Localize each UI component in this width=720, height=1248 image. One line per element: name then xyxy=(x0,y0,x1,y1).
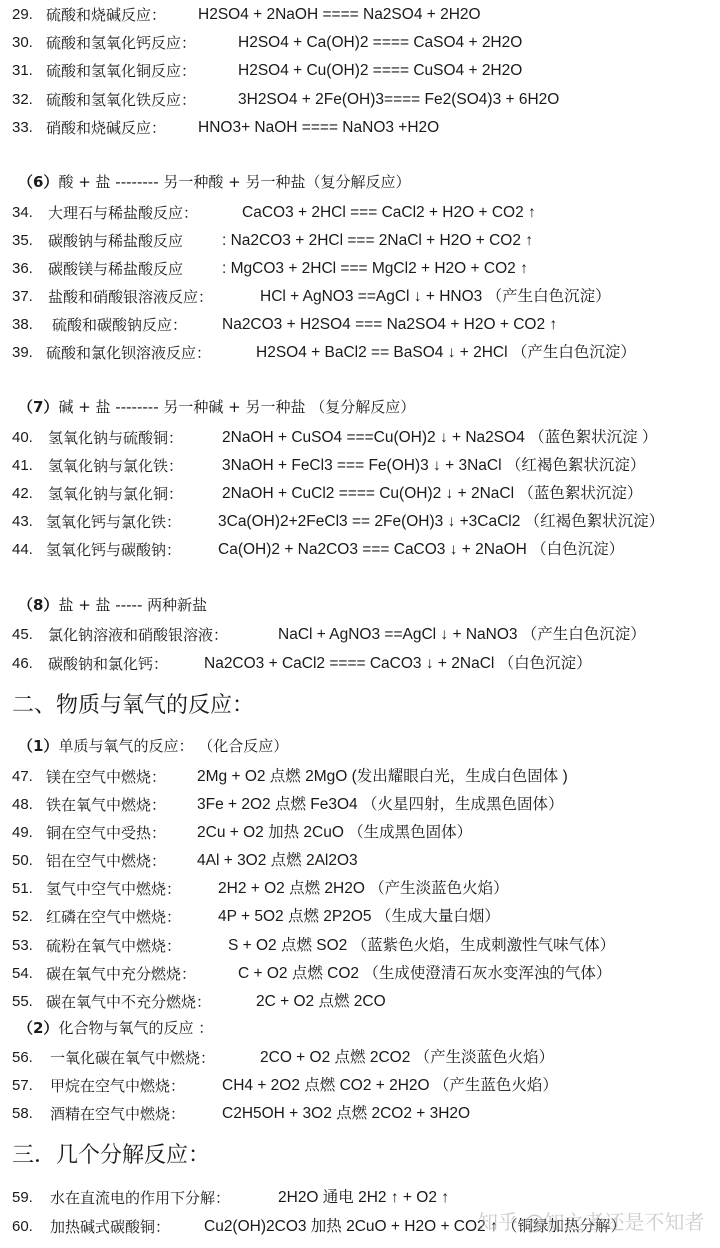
reaction-number: 33. xyxy=(12,118,33,138)
reaction-equation: H2SO4 + Ca(OH)2 ==== CaSO4 + 2H2O xyxy=(238,33,522,53)
reaction-number: 35. xyxy=(12,231,33,251)
reaction-equation: C2H5OH + 3O2 点燃 2CO2 + 3H2O xyxy=(222,1104,470,1124)
reaction-name: 氢氧化钠与氯化铜： xyxy=(48,484,183,504)
reaction-equation: 2C + O2 点燃 2CO xyxy=(256,992,386,1012)
reaction-name: 硫粉在氧气中燃烧： xyxy=(46,936,181,956)
reaction-equation: : Na2CO3 + 2HCl === 2NaCl + H2O + CO2 ↑ xyxy=(222,231,533,251)
reaction-number: 46. xyxy=(12,654,33,674)
reaction-number: 39. xyxy=(12,343,33,363)
subsection-label: （1） xyxy=(18,737,58,755)
reaction-equation: 2H2 + O2 点燃 2H2O （产生淡蓝色火焰） xyxy=(218,879,509,899)
reaction-name: 酒精在空气中燃烧： xyxy=(50,1104,185,1124)
reaction-number: 50. xyxy=(12,851,33,871)
reaction-name: 氢氧化钠与硫酸铜： xyxy=(48,428,183,448)
reaction-equation: 4P + 5O2 点燃 2P2O5 （生成大量白烟） xyxy=(218,907,500,927)
subsection-label: （7） xyxy=(18,398,58,416)
reaction-name: 红磷在空气中燃烧： xyxy=(46,907,181,927)
reaction-name: 碳在氧气中充分燃烧： xyxy=(46,964,196,984)
reaction-name: 甲烷在空气中燃烧： xyxy=(50,1076,185,1096)
reaction-name: 氯化钠溶液和硝酸银溶液： xyxy=(48,625,228,645)
reaction-equation: H2SO4 + BaCl2 == BaSO4 ↓ + 2HCl （产生白色沉淀） xyxy=(256,343,636,363)
reaction-equation: H2SO4 + Cu(OH)2 ==== CuSO4 + 2H2O xyxy=(238,61,522,81)
reaction-equation: : MgCO3 + 2HCl === MgCl2 + H2O + CO2 ↑ xyxy=(222,259,528,279)
subsection-text: 化合物与氧气的反应 ： xyxy=(58,1019,213,1037)
reaction-number: 31. xyxy=(12,61,33,81)
reaction-number: 52. xyxy=(12,907,33,927)
reaction-equation: 2Mg + O2 点燃 2MgO (发出耀眼白光，生成白色固体 ) xyxy=(197,767,568,787)
reaction-equation: 2H2O 通电 2H2 ↑ + O2 ↑ xyxy=(278,1188,449,1208)
subsection-label: （6） xyxy=(18,173,58,191)
reaction-number: 40. xyxy=(12,428,33,448)
reaction-equation: 3NaOH + FeCl3 === Fe(OH)3 ↓ + 3NaCl （红褐色… xyxy=(222,456,645,476)
reaction-equation: 2NaOH + CuSO4 ===Cu(OH)2 ↓ + Na2SO4 （蓝色絮… xyxy=(222,428,657,448)
subsection-text: 盐 + 盐 ----- 两种新盐 xyxy=(58,596,207,614)
reaction-name: 硫酸和氢氧化铜反应： xyxy=(46,61,196,81)
reaction-equation: HCl + AgNO3 ==AgCl ↓ + HNO3 （产生白色沉淀） xyxy=(260,287,611,307)
reaction-number: 59. xyxy=(12,1188,33,1208)
reaction-number: 37. xyxy=(12,287,33,307)
subsection-text: 酸 + 盐 -------- 另一种酸 + 另一种盐（复分解反应） xyxy=(58,173,410,191)
reaction-name: 碳酸钠和氯化钙： xyxy=(48,654,168,674)
section-heading-oxygen: 二、物质与氧气的反应： xyxy=(12,692,254,720)
reaction-name: 加热碱式碳酸铜： xyxy=(50,1217,170,1237)
reaction-number: 47. xyxy=(12,767,33,787)
reaction-equation: 4Al + 3O2 点燃 2Al2O3 xyxy=(197,851,358,871)
reaction-name: 氢气中空气中燃烧： xyxy=(46,879,181,899)
subsection-2-2-title: （2）化合物与氧气的反应 ： xyxy=(18,1018,213,1038)
reaction-number: 53. xyxy=(12,936,33,956)
reaction-number: 32. xyxy=(12,90,33,110)
reaction-number: 49. xyxy=(12,823,33,843)
subsection-label: （8） xyxy=(18,596,58,614)
reaction-name: 碳在氧气中不充分燃烧： xyxy=(46,992,211,1012)
reaction-number: 41. xyxy=(12,456,33,476)
reaction-equation: Ca(OH)2 + Na2CO3 === CaCO3 ↓ + 2NaOH （白色… xyxy=(218,540,624,560)
reaction-equation: 3Fe + 2O2 点燃 Fe3O4 （火星四射，生成黑色固体） xyxy=(197,795,563,815)
reaction-number: 30. xyxy=(12,33,33,53)
subsection-2-1-title: （1）单质与氧气的反应： （化合反应） xyxy=(18,736,288,756)
reaction-name: 硫酸和氢氧化铁反应： xyxy=(46,90,196,110)
reaction-name: 碳酸镁与稀盐酸反应 xyxy=(48,259,183,279)
reaction-number: 55. xyxy=(12,992,33,1012)
reaction-number: 57. xyxy=(12,1076,33,1096)
reaction-name: 铁在氧气中燃烧： xyxy=(46,795,166,815)
reaction-equation: Cu2(OH)2CO3 加热 2CuO + H2O + CO2 ↑ （铜绿加热分… xyxy=(204,1217,626,1237)
reaction-name: 硫酸和烧碱反应： xyxy=(46,5,166,25)
reaction-name: 大理石与稀盐酸反应： xyxy=(48,203,198,223)
reaction-equation: 2NaOH + CuCl2 ==== Cu(OH)2 ↓ + 2NaCl （蓝色… xyxy=(222,484,642,504)
reaction-number: 56. xyxy=(12,1048,33,1068)
reaction-name: 硫酸和碳酸钠反应： xyxy=(52,315,187,335)
reaction-number: 51. xyxy=(12,879,33,899)
reaction-number: 48. xyxy=(12,795,33,815)
subsection-text: 单质与氧气的反应： （化合反应） xyxy=(58,737,288,755)
subsection-label: （2） xyxy=(18,1019,58,1037)
reaction-equation: 2Cu + O2 加热 2CuO （生成黑色固体） xyxy=(197,823,472,843)
reaction-number: 29. xyxy=(12,5,33,25)
reaction-equation: CH4 + 2O2 点燃 CO2 + 2H2O （产生蓝色火焰） xyxy=(222,1076,558,1096)
reaction-name: 氢氧化钠与氯化铁： xyxy=(48,456,183,476)
reaction-name: 盐酸和硝酸银溶液反应： xyxy=(48,287,213,307)
reaction-number: 45. xyxy=(12,625,33,645)
subsection-7-title: （7）碱 + 盐 -------- 另一种碱 + 另一种盐 （复分解反应） xyxy=(18,397,415,417)
reaction-equation: CaCO3 + 2HCl === CaCl2 + H2O + CO2 ↑ xyxy=(242,203,536,223)
reaction-number: 43. xyxy=(12,512,33,532)
reaction-number: 58. xyxy=(12,1104,33,1124)
reaction-name: 水在直流电的作用下分解： xyxy=(50,1188,230,1208)
reaction-equation: H2SO4 + 2NaOH ==== Na2SO4 + 2H2O xyxy=(198,5,481,25)
reaction-number: 60. xyxy=(12,1217,33,1237)
reaction-equation: C + O2 点燃 CO2 （生成使澄清石灰水变浑浊的气体） xyxy=(238,964,611,984)
reaction-equation: S + O2 点燃 SO2 （蓝紫色火焰，生成刺激性气味气体） xyxy=(228,936,615,956)
reaction-equation: Na2CO3 + H2SO4 === Na2SO4 + H2O + CO2 ↑ xyxy=(222,315,557,335)
reaction-equation: NaCl + AgNO3 ==AgCl ↓ + NaNO3 （产生白色沉淀） xyxy=(278,625,646,645)
reaction-name: 铝在空气中燃烧： xyxy=(46,851,166,871)
reaction-name: 硫酸和氯化钡溶液反应： xyxy=(46,343,211,363)
reaction-name: 硝酸和烧碱反应： xyxy=(46,118,166,138)
reaction-name: 一氧化碳在氧气中燃烧： xyxy=(50,1048,215,1068)
subsection-8-title: （8）盐 + 盐 ----- 两种新盐 xyxy=(18,595,207,615)
reaction-name: 氢氧化钙与氯化铁： xyxy=(46,512,181,532)
reaction-name: 镁在空气中燃烧： xyxy=(46,767,166,787)
subsection-text: 碱 + 盐 -------- 另一种碱 + 另一种盐 （复分解反应） xyxy=(58,398,415,416)
reaction-name: 铜在空气中受热： xyxy=(46,823,166,843)
reaction-equation: 3H2SO4 + 2Fe(OH)3==== Fe2(SO4)3 + 6H2O xyxy=(238,90,559,110)
reaction-equation: Na2CO3 + CaCl2 ==== CaCO3 ↓ + 2NaCl （白色沉… xyxy=(204,654,592,674)
reaction-equation: HNO3+ NaOH ==== NaNO3 +H2O xyxy=(198,118,439,138)
section-heading-decomposition: 三．几个分解反应： xyxy=(12,1142,210,1170)
reaction-number: 42. xyxy=(12,484,33,504)
reaction-number: 36. xyxy=(12,259,33,279)
reaction-number: 38. xyxy=(12,315,33,335)
reaction-equation: 2CO + O2 点燃 2CO2 （产生淡蓝色火焰） xyxy=(260,1048,554,1068)
reaction-number: 34. xyxy=(12,203,33,223)
reaction-number: 44. xyxy=(12,540,33,560)
reaction-name: 氢氧化钙与碳酸钠： xyxy=(46,540,181,560)
reaction-number: 54. xyxy=(12,964,33,984)
reaction-name: 碳酸钠与稀盐酸反应 xyxy=(48,231,183,251)
subsection-6-title: （6）酸 + 盐 -------- 另一种酸 + 另一种盐（复分解反应） xyxy=(18,172,411,192)
reaction-name: 硫酸和氢氧化钙反应： xyxy=(46,33,196,53)
reaction-equation: 3Ca(OH)2+2FeCl3 == 2Fe(OH)3 ↓ +3CaCl2 （红… xyxy=(218,512,664,532)
